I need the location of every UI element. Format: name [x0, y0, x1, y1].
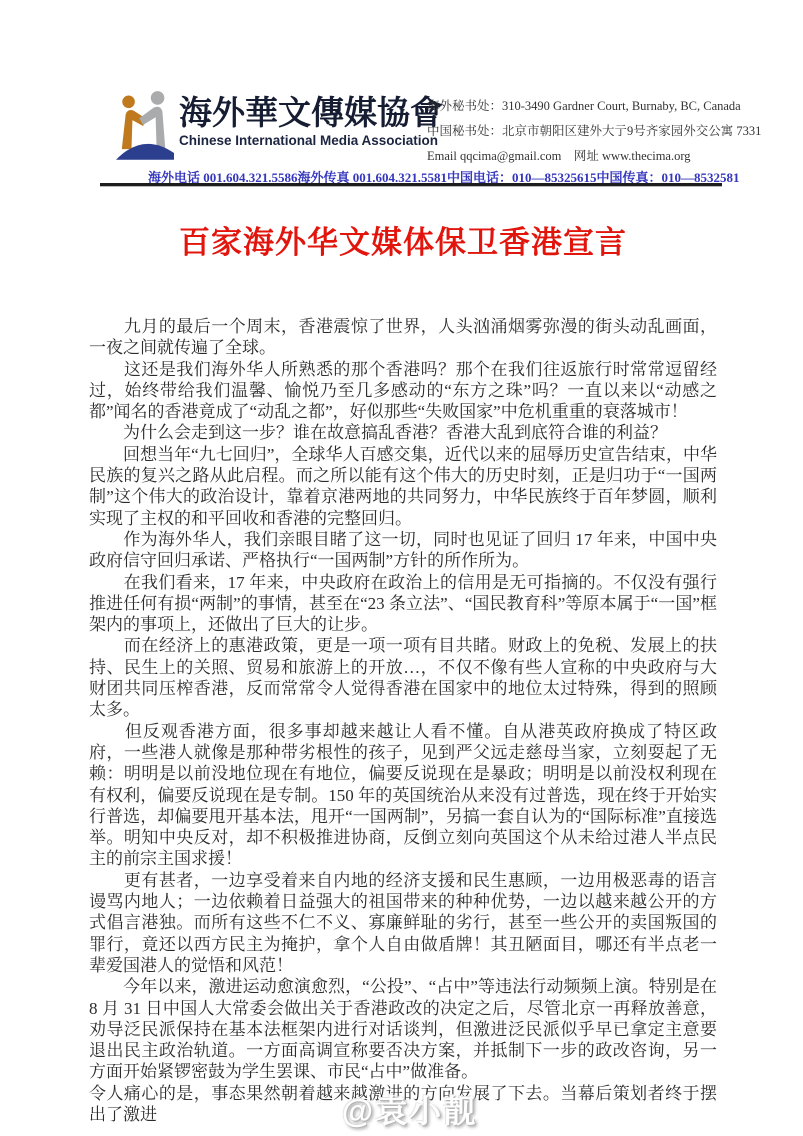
paragraph: 而在经济上的惠港政策，更是一项一项有目共睹。财政上的免税、发展上的扶持、民生上的… — [89, 635, 717, 720]
org-name-en: Chinese International Media Association — [179, 133, 443, 149]
paragraph: 回想当年“九七回归”，全球华人百感交集，近代以来的屈辱历史宣告结束，中华民族的复… — [89, 444, 717, 529]
paragraph: 作为海外华人，我们亲眼目睹了这一切，同时也见证了回归 17 年来，中国中央政府信… — [89, 529, 717, 572]
org-name-zh: 海外華文傳媒協會 — [179, 95, 443, 131]
paragraph: 九月的最后一个周末，香港震惊了世界，人头汹涌烟雾弥漫的街头动乱画面，一夜之间就传… — [89, 316, 717, 359]
declaration-title: 百家海外华文媒体保卫香港宣言 — [89, 222, 717, 264]
paragraph: 今年以来，激进运动愈演愈烈，“公投”、“占中”等违法行动频频上演。特别是在 8 … — [89, 976, 717, 1082]
paragraph: 这还是我们海外华人所熟悉的那个香港吗？那个在我们往返旅行时常常逗留经过，始终带给… — [89, 359, 717, 423]
watermark-signature: @袁小靓 — [342, 1086, 477, 1132]
handshake-logo-icon — [116, 89, 174, 161]
association-brand: 海外華文傳媒協會 Chinese International Media Ass… — [116, 89, 443, 161]
paragraph: 但反观香港方面，很多事却越来越让人看不懂。自从港英政府换成了特区政府，一些港人就… — [89, 721, 717, 870]
contact-line-china-office: 中国秘书处：北京市朝阳区建外大亍9号齐家园外交公寓 7331 — [427, 119, 722, 144]
paragraph: 更有甚者，一边享受着来自内地的经济支援和民生惠顾，一边用极恶毒的语言谩骂内地人；… — [89, 870, 717, 976]
letterhead-divider — [100, 183, 722, 187]
contact-line-overseas-office: 海外秘书处：310-3490 Gardner Court, Burnaby, B… — [427, 94, 722, 119]
paragraph: 在我们看来，17 年来，中央政府在政治上的信用是无可指摘的。不仅没有强行推进任何… — [89, 572, 717, 636]
contact-info: 海外秘书处：310-3490 Gardner Court, Burnaby, B… — [427, 94, 722, 169]
document-page: 海外華文傳媒協會 Chinese International Media Ass… — [0, 0, 803, 1136]
brand-text: 海外華文傳媒協會 Chinese International Media Ass… — [179, 89, 443, 149]
paragraph: 为什么会走到这一步？谁在故意搞乱香港？香港大乱到底符合谁的利益？ — [89, 422, 717, 443]
contact-line-email-website: Email qqcima@gmail.com 网址 www.thecima.or… — [427, 144, 722, 169]
declaration-body: 百家海外华文媒体保卫香港宣言 九月的最后一个周末，香港震惊了世界，人头汹涌烟雾弥… — [89, 222, 717, 1125]
